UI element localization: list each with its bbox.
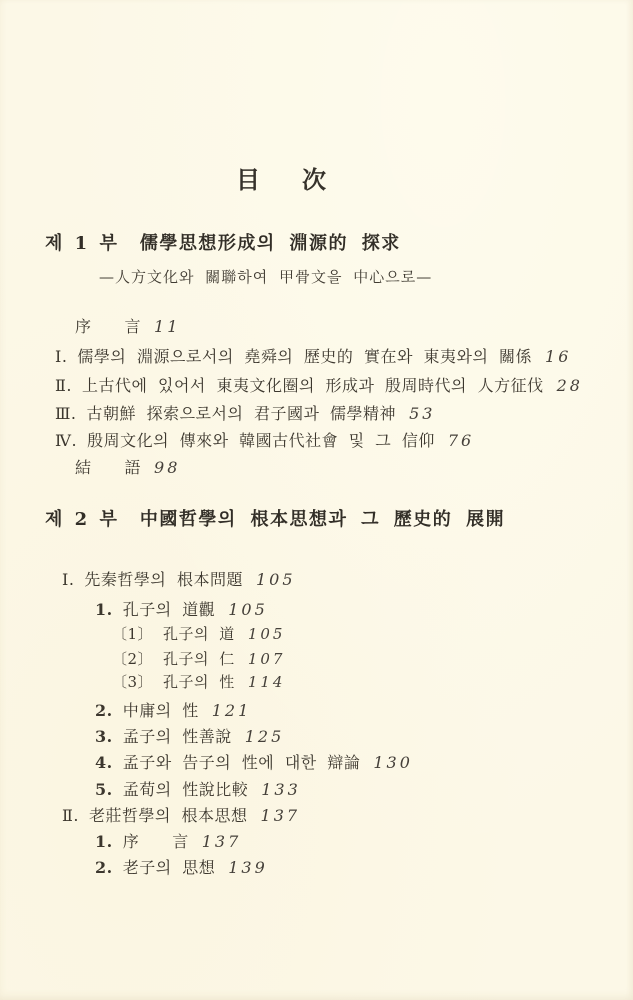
entry-page: 133: [261, 780, 301, 799]
entry-title: 孟子의 性善說: [123, 727, 232, 746]
entry-number: 〔2〕: [112, 648, 153, 669]
entry-title: 結 語: [75, 458, 141, 477]
entry-title: 孟荀의 性說比較: [123, 780, 249, 799]
part1-label: 제 1 부: [45, 229, 120, 255]
part2-heading: 제 2 부中國哲學의 根本思想과 그 歷史的 展開: [45, 505, 505, 531]
entry-number: Ⅳ.: [55, 431, 77, 450]
entry-page: 11: [154, 317, 180, 336]
toc-entry: Ⅲ.古朝鮮 探索으로서의 君子國과 儒學精神53: [55, 401, 435, 424]
entry-page: 130: [373, 753, 413, 772]
entry-page: 105: [248, 625, 286, 643]
toc-entry: 〔3〕孔子의 性114: [112, 671, 285, 692]
toc-entry: 1.孔子의 道觀105: [95, 597, 268, 620]
scanned-toc-page: 目次 제 1 부儒學思想形成의 淵源的 探求 —人方文化와 關聯하여 甲骨文을 …: [0, 0, 633, 1000]
toc-entry: 序 言11: [75, 314, 180, 337]
entry-page: 105: [228, 600, 268, 619]
entry-number: Ⅱ.: [55, 376, 72, 395]
part1-heading: 제 1 부儒學思想形成의 淵源的 探求: [45, 229, 401, 255]
entry-number: Ⅲ.: [55, 404, 77, 423]
entry-number: Ⅰ.: [55, 347, 67, 366]
entry-page: 16: [545, 347, 571, 366]
toc-entry: 結 語98: [75, 455, 180, 478]
toc-entry: 3.孟子의 性善說125: [95, 724, 284, 747]
entry-number: 1.: [95, 600, 113, 619]
toc-entry: 2.中庸의 性121: [95, 698, 251, 721]
entry-title: 老莊哲學의 根本思想: [89, 806, 248, 825]
toc-entry: Ⅱ.上古代에 있어서 東夷文化圈의 形成과 殷周時代의 人方征伐28: [55, 373, 583, 396]
entry-title: 孟子와 告子의 性에 대한 辯論: [123, 753, 361, 772]
entry-title: 孔子의 道: [163, 625, 235, 643]
entry-number: 〔3〕: [112, 671, 153, 692]
entry-number: 〔1〕: [112, 623, 153, 644]
entry-number: 5.: [95, 780, 113, 799]
entry-title: 古朝鮮 探索으로서의 君子國과 儒學精神: [87, 404, 397, 423]
toc-entry: Ⅰ.儒學의 淵源으로서의 堯舜의 歷史的 實在와 東夷와의 關係16: [55, 344, 571, 367]
entry-title: 序 言: [75, 317, 141, 336]
entry-page: 114: [248, 673, 286, 691]
entry-title: 孔子의 仁: [163, 650, 235, 668]
entry-title: 孔子의 道觀: [123, 600, 216, 619]
part2-title: 中國哲學의 根本思想과 그 歷史的 展開: [140, 509, 505, 530]
toc-entry: Ⅱ.老莊哲學의 根本思想137: [62, 803, 300, 826]
entry-number: Ⅰ.: [62, 570, 74, 589]
entry-number: 2.: [95, 858, 113, 877]
entry-page: 98: [154, 458, 180, 477]
entry-page: 107: [248, 650, 286, 668]
toc-entry: Ⅰ.先秦哲學의 根本問題105: [62, 567, 296, 590]
entry-number: 1.: [95, 832, 113, 851]
toc-entry: 〔2〕孔子의 仁107: [112, 648, 285, 669]
entry-title: 老子의 思想: [123, 858, 216, 877]
entry-title: 先秦哲學의 根本問題: [84, 570, 243, 589]
toc-entry: 2.老子의 思想139: [95, 855, 268, 878]
entry-number: 3.: [95, 727, 113, 746]
part1-title: 儒學思想形成의 淵源的 探求: [140, 233, 401, 254]
entry-page: 125: [245, 727, 285, 746]
toc-entry: 4.孟子와 告子의 性에 대한 辯論130: [95, 750, 413, 773]
entry-title: 上古代에 있어서 東夷文化圈의 形成과 殷周時代의 人方征伐: [82, 376, 544, 395]
entry-page: 139: [228, 858, 268, 877]
entry-number: 2.: [95, 701, 113, 720]
entry-page: 137: [261, 806, 301, 825]
entry-page: 76: [448, 431, 474, 450]
entry-title: 儒學의 淵源으로서의 堯舜의 歷史的 實在와 東夷와의 關係: [77, 347, 532, 366]
entry-number: 4.: [95, 753, 113, 772]
entry-title: 中庸의 性: [123, 701, 199, 720]
part2-label: 제 2 부: [45, 505, 120, 531]
part1-subtitle: —人方文化와 關聯하여 甲骨文을 中心으로—: [99, 266, 432, 287]
toc-entry: Ⅳ.殷周文化의 傳來와 韓國古代社會 및 그 信仰76: [55, 428, 474, 451]
toc-entry: 5.孟荀의 性說比較133: [95, 777, 301, 800]
entry-number: Ⅱ.: [62, 806, 79, 825]
entry-page: 53: [409, 404, 435, 423]
entry-title: 殷周文化의 傳來와 韓國古代社會 및 그 信仰: [87, 431, 435, 450]
entry-page: 137: [202, 832, 242, 851]
entry-page: 105: [256, 570, 296, 589]
page-title: 目次: [236, 160, 368, 195]
toc-entry: 1.序 言137: [95, 829, 241, 852]
entry-title: 孔子의 性: [163, 673, 235, 691]
entry-page: 121: [212, 701, 252, 720]
entry-title: 序 言: [123, 832, 189, 851]
toc-entry: 〔1〕孔子의 道105: [112, 623, 285, 644]
entry-page: 28: [557, 376, 583, 395]
